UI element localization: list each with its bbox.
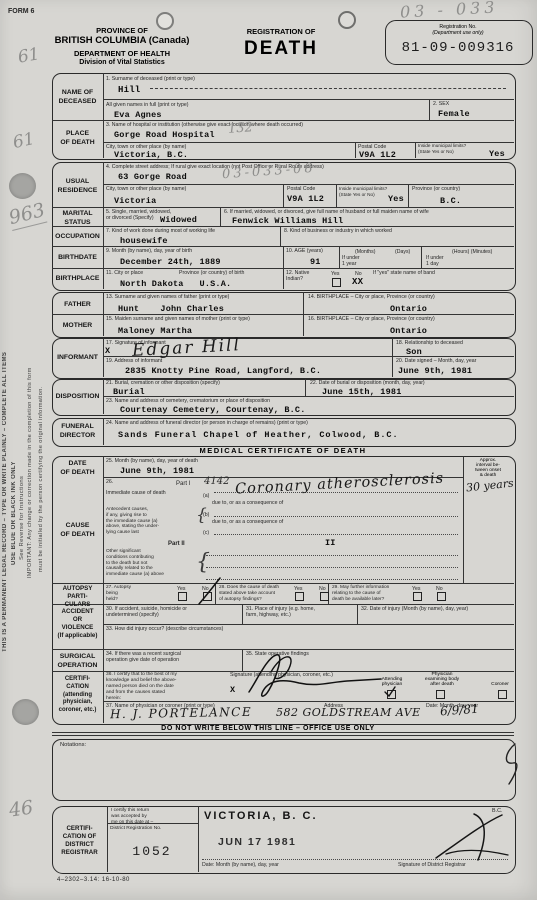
date-stamp: JUN 17 1981 bbox=[218, 836, 296, 848]
q28-no-checkbox bbox=[320, 592, 329, 601]
native-no-mark: XX bbox=[352, 277, 363, 287]
punch-hole-left-lower bbox=[12, 699, 39, 725]
margin-ink-notice: USE BLUE OR BLACK INK ONLY bbox=[11, 330, 17, 565]
notations-box bbox=[52, 739, 516, 801]
burial-date-value: June 15th, 1981 bbox=[322, 387, 402, 397]
coroner-checkbox bbox=[498, 690, 507, 699]
disposition-type-value: Burial bbox=[113, 387, 145, 397]
hours-minutes-label: (Hours) (Minutes) bbox=[452, 249, 492, 255]
section-autopsy: AUTOPSY PARTI- CULARS bbox=[52, 585, 103, 609]
residence-postal-label: Postal Code bbox=[287, 186, 335, 192]
rule bbox=[52, 314, 514, 315]
item-26: 26. bbox=[106, 479, 113, 485]
rule bbox=[220, 207, 221, 226]
physician-signature bbox=[243, 650, 393, 698]
rule bbox=[206, 555, 458, 556]
margin-pencil-61a: 61 bbox=[16, 44, 41, 67]
informant-x: X bbox=[105, 346, 110, 356]
registrar-signature bbox=[428, 810, 513, 862]
rule bbox=[305, 379, 306, 396]
registration-of: REGISTRATION OF bbox=[231, 27, 331, 36]
rule bbox=[52, 226, 514, 227]
rule bbox=[107, 806, 108, 872]
residence-province-label: Province (or country) bbox=[412, 186, 507, 192]
other-conditions-label: Other significant conditions contributin… bbox=[106, 549, 206, 578]
hospital-label: 3. Name of hospital or institution (othe… bbox=[106, 122, 496, 128]
q34-label: 34. If there was a recent surgical opera… bbox=[106, 651, 238, 663]
death-date-value: June 9th, 1981 bbox=[120, 466, 194, 476]
surname-value: Hill bbox=[118, 85, 140, 95]
rule bbox=[408, 184, 409, 207]
examining-physician-label: Physician examining body after death bbox=[414, 672, 470, 687]
rule bbox=[206, 567, 458, 568]
section-name-of-deceased: NAME OF DECEASED bbox=[52, 89, 103, 107]
rule bbox=[242, 604, 243, 624]
sex-label: 2. SEX bbox=[433, 101, 483, 107]
death-limits-label: Inside municipal limits? (State Yes or N… bbox=[418, 143, 476, 154]
form-footer-code: 4–2302–3.14: 16-10-80 bbox=[57, 877, 130, 884]
division: Division of Vital Statistics bbox=[52, 59, 192, 66]
rule bbox=[214, 534, 458, 535]
pencil-code-top: 03 - 033 bbox=[400, 0, 499, 22]
q32-label: 32. Date of injury (Month (by name), day… bbox=[361, 606, 511, 612]
days-label: (Days) bbox=[395, 249, 410, 255]
under-day-label: If under 1 day bbox=[426, 255, 456, 267]
rule bbox=[280, 226, 281, 246]
cemetery-value: Courtenay Cemetery, Courtenay, B.C. bbox=[120, 405, 306, 415]
section-birthdate: BIRTHDATE bbox=[52, 254, 103, 263]
informant-address-label: 19. Address of informant bbox=[106, 358, 256, 364]
rule bbox=[103, 396, 514, 397]
surname-label: 1. Surname of deceased (print or type) bbox=[106, 76, 406, 82]
cause-a-label: (a) bbox=[203, 493, 209, 499]
mother-birthplace-label: 16. BIRTHPLACE – City or place, Province… bbox=[308, 316, 513, 322]
part1-label: Part I bbox=[176, 481, 190, 488]
funeral-director-label: 24. Name and address of funeral director… bbox=[106, 420, 501, 426]
father-birthplace-label: 14. BIRTHPLACE – City or place, Province… bbox=[308, 294, 513, 300]
examining-checkbox bbox=[436, 690, 445, 699]
spouse-value: Fenwick Williams Hill bbox=[232, 216, 343, 226]
registration-number-note: (Department use only) bbox=[390, 30, 526, 36]
birthplace-value: North Dakota U.S.A. bbox=[120, 279, 231, 289]
q28-yes-checkbox bbox=[295, 592, 304, 601]
registration-number-value: 81-09-009316 bbox=[388, 40, 528, 56]
rule bbox=[103, 99, 514, 100]
section-birthplace: BIRTHPLACE bbox=[52, 275, 103, 284]
native-indian-label: 12. Native Indian? bbox=[286, 270, 328, 282]
mother-name-value: Maloney Martha bbox=[118, 326, 192, 336]
cemetery-label: 23. Name and address of cemetery, cremat… bbox=[106, 398, 416, 404]
rule bbox=[150, 88, 506, 89]
rule bbox=[103, 456, 104, 723]
q31-label: 31. Place of injury (e.g. home, farm, hi… bbox=[246, 606, 354, 618]
residence-province-value: B.C. bbox=[440, 196, 461, 206]
department: DEPARTMENT OF HEALTH bbox=[52, 49, 192, 58]
registrar-certify-text: I certify this return was accepted by me… bbox=[111, 808, 196, 825]
rule bbox=[421, 246, 422, 268]
death-registration-document: THIS IS A PERMANENT LEGAL RECORD – TYPE … bbox=[0, 0, 537, 900]
margin-legal-notice: THIS IS A PERMANENT LEGAL RECORD – TYPE … bbox=[2, 252, 8, 652]
rule bbox=[392, 338, 393, 377]
rule bbox=[103, 184, 514, 185]
province-name: BRITISH COLUMBIA (Canada) bbox=[42, 35, 202, 46]
native-yes-checkbox bbox=[332, 278, 341, 287]
section-occupation: OCCUPATION bbox=[52, 233, 103, 242]
rule bbox=[52, 120, 514, 121]
part2-label: Part II bbox=[168, 541, 185, 548]
native-yes-label: Yes bbox=[331, 271, 339, 277]
given-names-label: All given names in full (print or type) bbox=[106, 102, 366, 108]
section-accident-violence: ACCIDENT OR VIOLENCE (If applicable) bbox=[52, 608, 103, 640]
section-district-registrar: CERTIFI- CATION OF DISTRICT REGISTRAR bbox=[52, 825, 107, 857]
section-informant: INFORMANT bbox=[52, 354, 103, 363]
margin-pencil-46: 46 bbox=[8, 796, 35, 821]
rule bbox=[52, 583, 514, 584]
rule bbox=[357, 604, 358, 624]
due-to-1: due to, or as a consequence of bbox=[212, 500, 342, 506]
part2-mark: II bbox=[325, 538, 336, 548]
death-date-label: 25. Month (by name), day, year of death bbox=[106, 458, 336, 464]
work-value: housewife bbox=[120, 236, 168, 246]
work-label: 7. Kind of work done during most of work… bbox=[106, 228, 276, 234]
rule bbox=[355, 142, 356, 158]
residence-limits-value: Yes bbox=[388, 194, 404, 204]
marital-value: Widowed bbox=[160, 215, 197, 225]
section-mother: MOTHER bbox=[52, 322, 103, 331]
rule bbox=[52, 604, 514, 605]
funeral-director-value: Sands Funeral Chapel of Heather, Colwood… bbox=[118, 430, 399, 440]
sex-value: Female bbox=[438, 109, 470, 119]
rule bbox=[103, 338, 104, 377]
residence-city-label: City, town or other place (by name) bbox=[106, 186, 276, 192]
section-certification: CERTIFI- CATION (attending physician, co… bbox=[52, 676, 103, 715]
relation-value: Son bbox=[406, 347, 422, 357]
rule bbox=[214, 516, 458, 517]
spouse-label: 6. If married, widowed, or divorced, giv… bbox=[224, 209, 512, 215]
father-name-value: Hunt John Charles bbox=[118, 304, 224, 314]
burial-date-label: 22. Date of burial or disposition (month… bbox=[310, 380, 510, 386]
q27-yes-checkbox bbox=[178, 592, 187, 601]
q29-label: 29. May further information relating to … bbox=[332, 585, 416, 602]
given-names-value: Eva Agnes bbox=[114, 110, 162, 120]
cause-c-label: (c) bbox=[203, 530, 209, 536]
punch-hole-top-right bbox=[338, 11, 356, 29]
disposition-type-label: 21. Burial, cremation or other dispositi… bbox=[106, 380, 301, 386]
q30-label: 30. If accident, suicide, homicide or un… bbox=[106, 606, 238, 618]
age-label: 10. AGE (years) bbox=[286, 248, 341, 254]
margin-pencil-963: 963 bbox=[7, 199, 48, 231]
q33-label: 33. How did injury occur? (describe circ… bbox=[106, 626, 366, 632]
section-cause-of-death: CAUSE OF DEATH bbox=[52, 522, 103, 540]
birthplace-province-label: Province (or country) of birth bbox=[179, 270, 244, 276]
birthdate-label: 9. Month (by name), day, year of birth bbox=[106, 248, 306, 254]
attending-checkmark bbox=[383, 685, 397, 698]
rule bbox=[52, 735, 514, 736]
district-reg-no-label: District Registration No. bbox=[110, 826, 198, 832]
mother-birthplace-value: Ontario bbox=[390, 326, 427, 336]
mother-name-label: 15. Maiden surname and given names of mo… bbox=[106, 316, 301, 322]
hospital-value: Gorge Road Hospital bbox=[114, 130, 215, 140]
q28-label: 28. Does the cause of death stated above… bbox=[219, 585, 301, 602]
death-city-value: Victoria, B.C. bbox=[114, 150, 188, 160]
medical-certificate-title: MEDICAL CERTIFICATE OF DEATH bbox=[103, 446, 463, 455]
punch-hole-left-upper bbox=[9, 173, 36, 199]
q29-yes-checkbox bbox=[413, 592, 422, 601]
margin-reverse-notice: See Reverse for Instructions bbox=[19, 335, 25, 560]
section-place-of-death: PLACE OF DEATH bbox=[52, 130, 103, 148]
district-reg-no-value: 1052 bbox=[122, 844, 182, 859]
residence-city-value: Victoria bbox=[114, 196, 156, 206]
rule bbox=[336, 184, 337, 207]
date-signed-value: June 9th, 1981 bbox=[398, 366, 472, 376]
section-marital-status: MARITAL STATUS bbox=[52, 210, 103, 228]
certify-statement: 36. I certify that to the best of my kno… bbox=[106, 672, 234, 701]
physician-name-value: H. J. PORTELANCE bbox=[110, 705, 252, 721]
rule bbox=[52, 732, 514, 733]
death-postal-value: V9A 1L2 bbox=[359, 150, 396, 160]
rule bbox=[429, 99, 430, 120]
do-not-write-line: DO NOT WRITE BELOW THIS LINE – OFFICE US… bbox=[103, 725, 433, 732]
brace-2: { bbox=[196, 550, 210, 575]
section-surgical-operation: SURGICAL OPERATION bbox=[52, 653, 103, 671]
age-value: 91 bbox=[310, 257, 321, 267]
birthdate-value: December 24th, 1889 bbox=[120, 257, 221, 267]
registrar-place: VICTORIA, B. C. bbox=[204, 810, 318, 822]
father-birthplace-value: Ontario bbox=[390, 304, 427, 314]
rule bbox=[103, 624, 514, 625]
death-limits-value: Yes bbox=[489, 149, 505, 159]
province-of: PROVINCE OF bbox=[52, 26, 192, 35]
rule bbox=[198, 806, 199, 872]
rule bbox=[303, 292, 304, 336]
rule bbox=[103, 73, 104, 158]
under-year-label: If under 1 year bbox=[342, 255, 372, 267]
birthplace-city-label: 11. City or place bbox=[106, 270, 143, 276]
street-value: 63 Gorge Road bbox=[118, 172, 187, 182]
antecedent-label: Antecedent causes, if any, giving rise t… bbox=[106, 507, 201, 536]
due-to-2: due to, or as a consequence of bbox=[212, 519, 342, 525]
rule bbox=[52, 207, 514, 208]
pencil-132: 132 bbox=[228, 120, 254, 137]
section-usual-residence: USUAL RESIDENCE bbox=[52, 178, 103, 196]
relation-label: 18. Relationship to deceased bbox=[396, 340, 508, 346]
date-signed-label: 20. Date signed – Month, day, year bbox=[396, 358, 511, 364]
rule bbox=[283, 268, 284, 289]
residence-postal-value: V9A 1L2 bbox=[287, 194, 324, 204]
notations-label: Notations: bbox=[60, 742, 86, 749]
margin-important-line1: IMPORTANT: Any change or correction made… bbox=[27, 248, 33, 578]
q27-label: 27. Autopsy being held? bbox=[106, 585, 161, 602]
death-title: DEATH bbox=[226, 38, 336, 60]
informant-address-value: 2835 Knotty Pine Road, Langford, B.C. bbox=[125, 366, 321, 376]
code-4142: 4142 bbox=[204, 476, 229, 487]
registrar-date-label: Date: Month (by name), day, year bbox=[202, 862, 342, 868]
interval-label: Approx. interval be- tween onset & death bbox=[464, 458, 512, 478]
margin-pencil-61b: 61 bbox=[11, 129, 36, 153]
physician-date-value: 6/9/81 bbox=[440, 702, 480, 719]
residence-limits-label: Inside municipal limits? (State Yes or N… bbox=[339, 186, 394, 197]
q29-no-checkbox bbox=[437, 592, 446, 601]
cause-b-label: (b) bbox=[203, 512, 209, 518]
rule bbox=[206, 579, 458, 580]
band-label: If "yes" state name of band bbox=[373, 270, 513, 276]
margin-important-line2: must be initialled by the person certify… bbox=[38, 252, 44, 572]
rule bbox=[415, 142, 416, 158]
certification-x: X bbox=[230, 685, 235, 695]
form-number: FORM 6 bbox=[8, 8, 34, 16]
rule bbox=[283, 184, 284, 207]
coroner-label: Coroner bbox=[478, 682, 522, 687]
industry-label: 8. Kind of business or industry in which… bbox=[284, 228, 494, 234]
immediate-cause-label: Immediate cause of death bbox=[106, 490, 198, 496]
section-funeral-director: FUNERAL DIRECTOR bbox=[52, 423, 103, 441]
section-disposition: DISPOSITION bbox=[52, 393, 103, 402]
section-date-of-death: DATE OF DEATH bbox=[52, 460, 103, 478]
registrar-signature-label: Signature of District Registrar bbox=[398, 862, 508, 868]
rule bbox=[103, 418, 104, 445]
physician-address-value: 582 GOLDSTREAM AVE bbox=[276, 706, 421, 719]
section-father: FATHER bbox=[52, 301, 103, 310]
father-name-label: 13. Surname and given names of father (p… bbox=[106, 294, 301, 300]
notations-pen-mark bbox=[500, 742, 524, 786]
